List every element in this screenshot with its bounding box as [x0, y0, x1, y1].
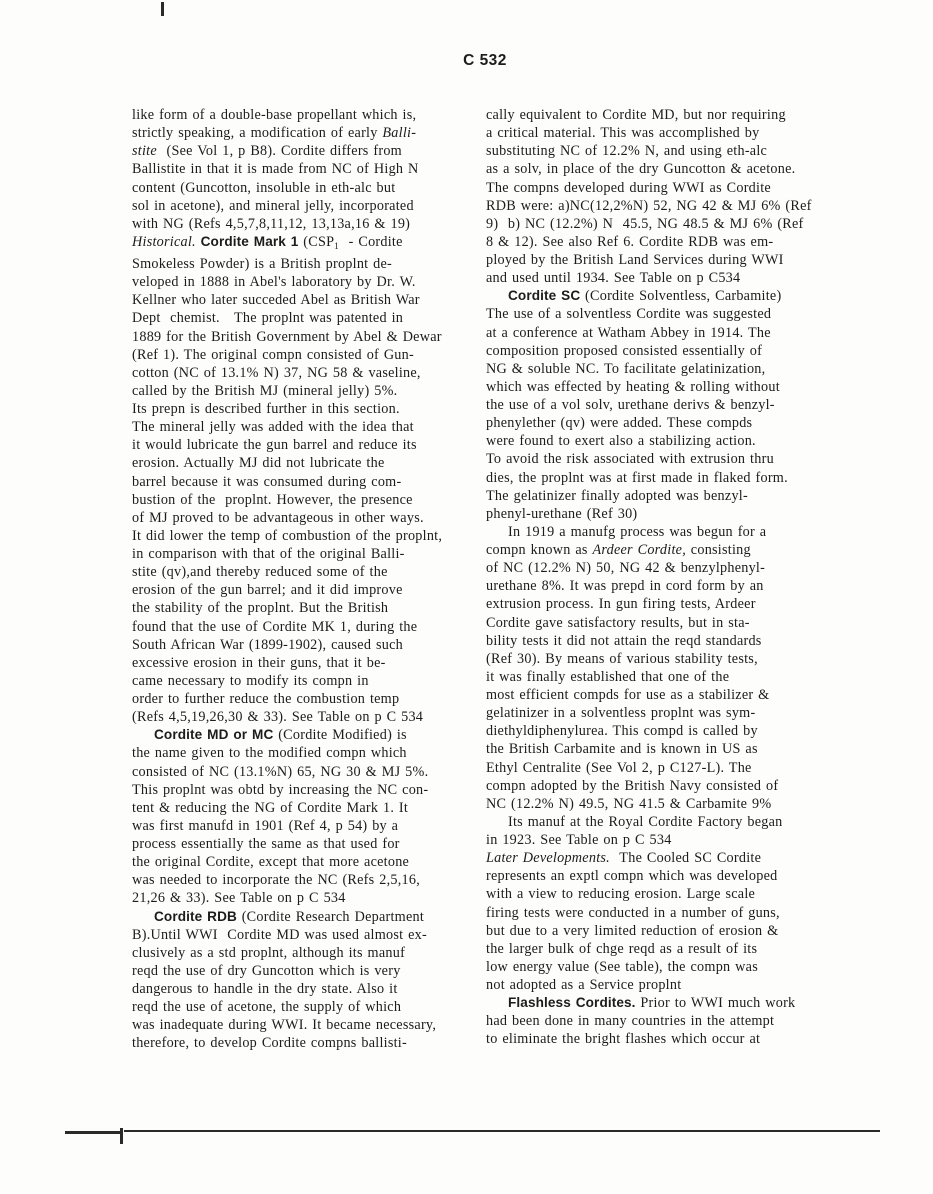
text-line: as a solv, in place of the dry Guncotton…: [486, 160, 842, 178]
text-line: reqd the use of dry Guncotton which is v…: [132, 962, 477, 980]
text-column-right: cally equivalent to Cordite MD, but nor …: [486, 106, 842, 1049]
text-line: stite (qv),and thereby reduced some of t…: [132, 563, 477, 581]
text-line: the original Cordite, except that more a…: [132, 853, 477, 871]
text-line: 8 & 12). See also Ref 6. Cordite RDB was…: [486, 233, 842, 251]
text-line: sol in acetone), and mineral jelly, inco…: [132, 197, 477, 215]
text-line: the use of a vol solv, urethane derivs &…: [486, 396, 842, 414]
text-line: stite (See Vol 1, p B8). Cordite differs…: [132, 142, 477, 160]
text-line: was inadequate during WWI. It became nec…: [132, 1016, 477, 1034]
text-line: came necessary to modify its compn in: [132, 672, 477, 690]
text-line: 9) b) NC (12.2%) N 45.5, NG 48.5 & MJ 6%…: [486, 215, 842, 233]
text-line: South African War (1899-1902), caused su…: [132, 636, 477, 654]
text-line: Dept chemist. The proplnt was patented i…: [132, 309, 477, 327]
text-line: substituting NC of 12.2% N, and using et…: [486, 142, 842, 160]
text-line: of NC (12.2% N) 50, NG 42 & benzylphenyl…: [486, 559, 842, 577]
text-line: Historical. Cordite Mark 1 (CSP1 - Cordi…: [132, 233, 477, 255]
text-line: Ethyl Centralite (See Vol 2, p C127-L). …: [486, 759, 842, 777]
text-line: firing tests were conducted in a number …: [486, 904, 842, 922]
text-line: bustion of the proplnt. However, the pre…: [132, 491, 477, 509]
text-line: Kellner who later succeded Abel as Briti…: [132, 291, 477, 309]
text-line: low energy value (See table), the compn …: [486, 958, 842, 976]
text-line: Cordite gave satisfactory results, but i…: [486, 614, 842, 632]
text-line: at a conference at Watham Abbey in 1914.…: [486, 324, 842, 342]
text-line: process essentially the same as that use…: [132, 835, 477, 853]
text-line: (Refs 4,5,19,26,30 & 33). See Table on p…: [132, 708, 477, 726]
text-line: compn adopted by the British Navy consis…: [486, 777, 842, 795]
text-line: the British Carbamite and is known in US…: [486, 740, 842, 758]
text-line: the name given to the modified compn whi…: [132, 744, 477, 762]
text-line: ployed by the British Land Services duri…: [486, 251, 842, 269]
text-line: erosion of the gun barrel; and it did im…: [132, 581, 477, 599]
text-line: erosion. Actually MJ did not lubricate t…: [132, 454, 477, 472]
text-line: phenylether (qv) were added. These compd…: [486, 414, 842, 432]
text-line: The mineral jelly was added with the ide…: [132, 418, 477, 436]
text-line: cotton (NC of 13.1% N) 37, NG 58 & vasel…: [132, 364, 477, 382]
text-line: like form of a double-base propellant wh…: [132, 106, 477, 124]
text-line: (Ref 30). By means of various stability …: [486, 650, 842, 668]
text-line: but due to a very limited reduction of e…: [486, 922, 842, 940]
text-line: Its manuf at the Royal Cordite Factory b…: [486, 813, 842, 831]
text-line: The gelatinizer finally adopted was benz…: [486, 487, 842, 505]
text-line: not adopted as a Service proplnt: [486, 976, 842, 994]
text-line: to eliminate the bright flashes which oc…: [486, 1030, 842, 1048]
text-line: The compns developed during WWI as Cordi…: [486, 179, 842, 197]
text-line: It did lower the temp of combustion of t…: [132, 527, 477, 545]
text-line: compn known as Ardeer Cordite, consistin…: [486, 541, 842, 559]
footer-rule-left: [65, 1131, 120, 1134]
registration-tick-top: [161, 2, 164, 16]
text-line: NG & soluble NC. To facilitate gelatiniz…: [486, 360, 842, 378]
text-line: veloped in 1888 in Abel's laboratory by …: [132, 273, 477, 291]
text-line: Later Developments. The Cooled SC Cordit…: [486, 849, 842, 867]
text-line: diethyldiphenylurea. This compd is calle…: [486, 722, 842, 740]
text-line: Ballistite in that it is made from NC of…: [132, 160, 477, 178]
text-line: Cordite SC (Cordite Solventless, Carbami…: [486, 287, 842, 305]
text-line: B).Until WWI Cordite MD was used almost …: [132, 926, 477, 944]
text-line: had been done in many countries in the a…: [486, 1012, 842, 1030]
text-line: dangerous to handle in the dry state. Al…: [132, 980, 477, 998]
text-line: content (Guncotton, insoluble in eth-alc…: [132, 179, 477, 197]
text-line: phenyl-urethane (Ref 30): [486, 505, 842, 523]
text-line: a critical material. This was accomplish…: [486, 124, 842, 142]
text-line: 21,26 & 33). See Table on p C 534: [132, 889, 477, 907]
text-line: which was effected by heating & rolling …: [486, 378, 842, 396]
text-line: therefore, to develop Cordite compns bal…: [132, 1034, 477, 1052]
text-line: cally equivalent to Cordite MD, but nor …: [486, 106, 842, 124]
text-line: called by the British MJ (mineral jelly)…: [132, 382, 477, 400]
text-line: tent & reducing the NG of Cordite Mark 1…: [132, 799, 477, 817]
text-line: excessive erosion in their guns, that it…: [132, 654, 477, 672]
text-line: in comparison with that of the original …: [132, 545, 477, 563]
text-line: it was finally established that one of t…: [486, 668, 842, 686]
footer-tick: [120, 1128, 123, 1144]
text-line: found that the use of Cordite MK 1, duri…: [132, 618, 477, 636]
text-line: in 1923. See Table on p C 534: [486, 831, 842, 849]
text-line: were found to exert also a stabilizing a…: [486, 432, 842, 450]
text-line: To avoid the risk associated with extrus…: [486, 450, 842, 468]
text-line: NC (12.2% N) 49.5, NG 41.5 & Carbamite 9…: [486, 795, 842, 813]
page: C 532 like form of a double-base propell…: [0, 0, 933, 1194]
text-line: represents an exptl compn which was deve…: [486, 867, 842, 885]
text-line: dies, the proplnt was at first made in f…: [486, 469, 842, 487]
text-line: Cordite RDB (Cordite Research Department: [132, 908, 477, 926]
text-line: Its prepn is described further in this s…: [132, 400, 477, 418]
text-line: 1889 for the British Government by Abel …: [132, 328, 477, 346]
text-line: the larger bulk of chge reqd as a result…: [486, 940, 842, 958]
text-line: with a view to reducing erosion. Large s…: [486, 885, 842, 903]
text-line: Smokeless Powder) is a British proplnt d…: [132, 255, 477, 273]
text-line: (Ref 1). The original compn consisted of…: [132, 346, 477, 364]
text-line: reqd the use of acetone, the supply of w…: [132, 998, 477, 1016]
text-line: clusively as a std proplnt, although its…: [132, 944, 477, 962]
text-line: it would lubricate the gun barrel and re…: [132, 436, 477, 454]
text-column-left: like form of a double-base propellant wh…: [132, 106, 477, 1053]
footer-rule-main: [124, 1130, 880, 1132]
text-line: Cordite MD or MC (Cordite Modified) is: [132, 726, 477, 744]
text-line: with NG (Refs 4,5,7,8,11,12, 13,13a,16 &…: [132, 215, 477, 233]
page-number: C 532: [132, 52, 838, 70]
text-line: most efficient compds for use as a stabi…: [486, 686, 842, 704]
text-line: gelatinizer in a solventless proplnt was…: [486, 704, 842, 722]
text-line: and used until 1934. See Table on p C534: [486, 269, 842, 287]
text-line: extrusion process. In gun firing tests, …: [486, 595, 842, 613]
text-line: The use of a solventless Cordite was sug…: [486, 305, 842, 323]
text-line: the stability of the proplnt. But the Br…: [132, 599, 477, 617]
text-line: bility tests it did not attain the reqd …: [486, 632, 842, 650]
text-line: RDB were: a)NC(12,2%N) 52, NG 42 & MJ 6%…: [486, 197, 842, 215]
text-line: composition proposed consisted essential…: [486, 342, 842, 360]
text-line: consisted of NC (13.1%N) 65, NG 30 & MJ …: [132, 763, 477, 781]
text-line: This proplnt was obtd by increasing the …: [132, 781, 477, 799]
text-line: barrel because it was consumed during co…: [132, 473, 477, 491]
text-line: urethane 8%. It was prepd in cord form b…: [486, 577, 842, 595]
text-line: In 1919 a manufg process was begun for a: [486, 523, 842, 541]
text-line: of MJ proved to be advantageous in other…: [132, 509, 477, 527]
text-line: strictly speaking, a modification of ear…: [132, 124, 477, 142]
text-line: was needed to incorporate the NC (Refs 2…: [132, 871, 477, 889]
text-line: was first manufd in 1901 (Ref 4, p 54) b…: [132, 817, 477, 835]
text-line: Flashless Cordites. Prior to WWI much wo…: [486, 994, 842, 1012]
text-line: order to further reduce the combustion t…: [132, 690, 477, 708]
